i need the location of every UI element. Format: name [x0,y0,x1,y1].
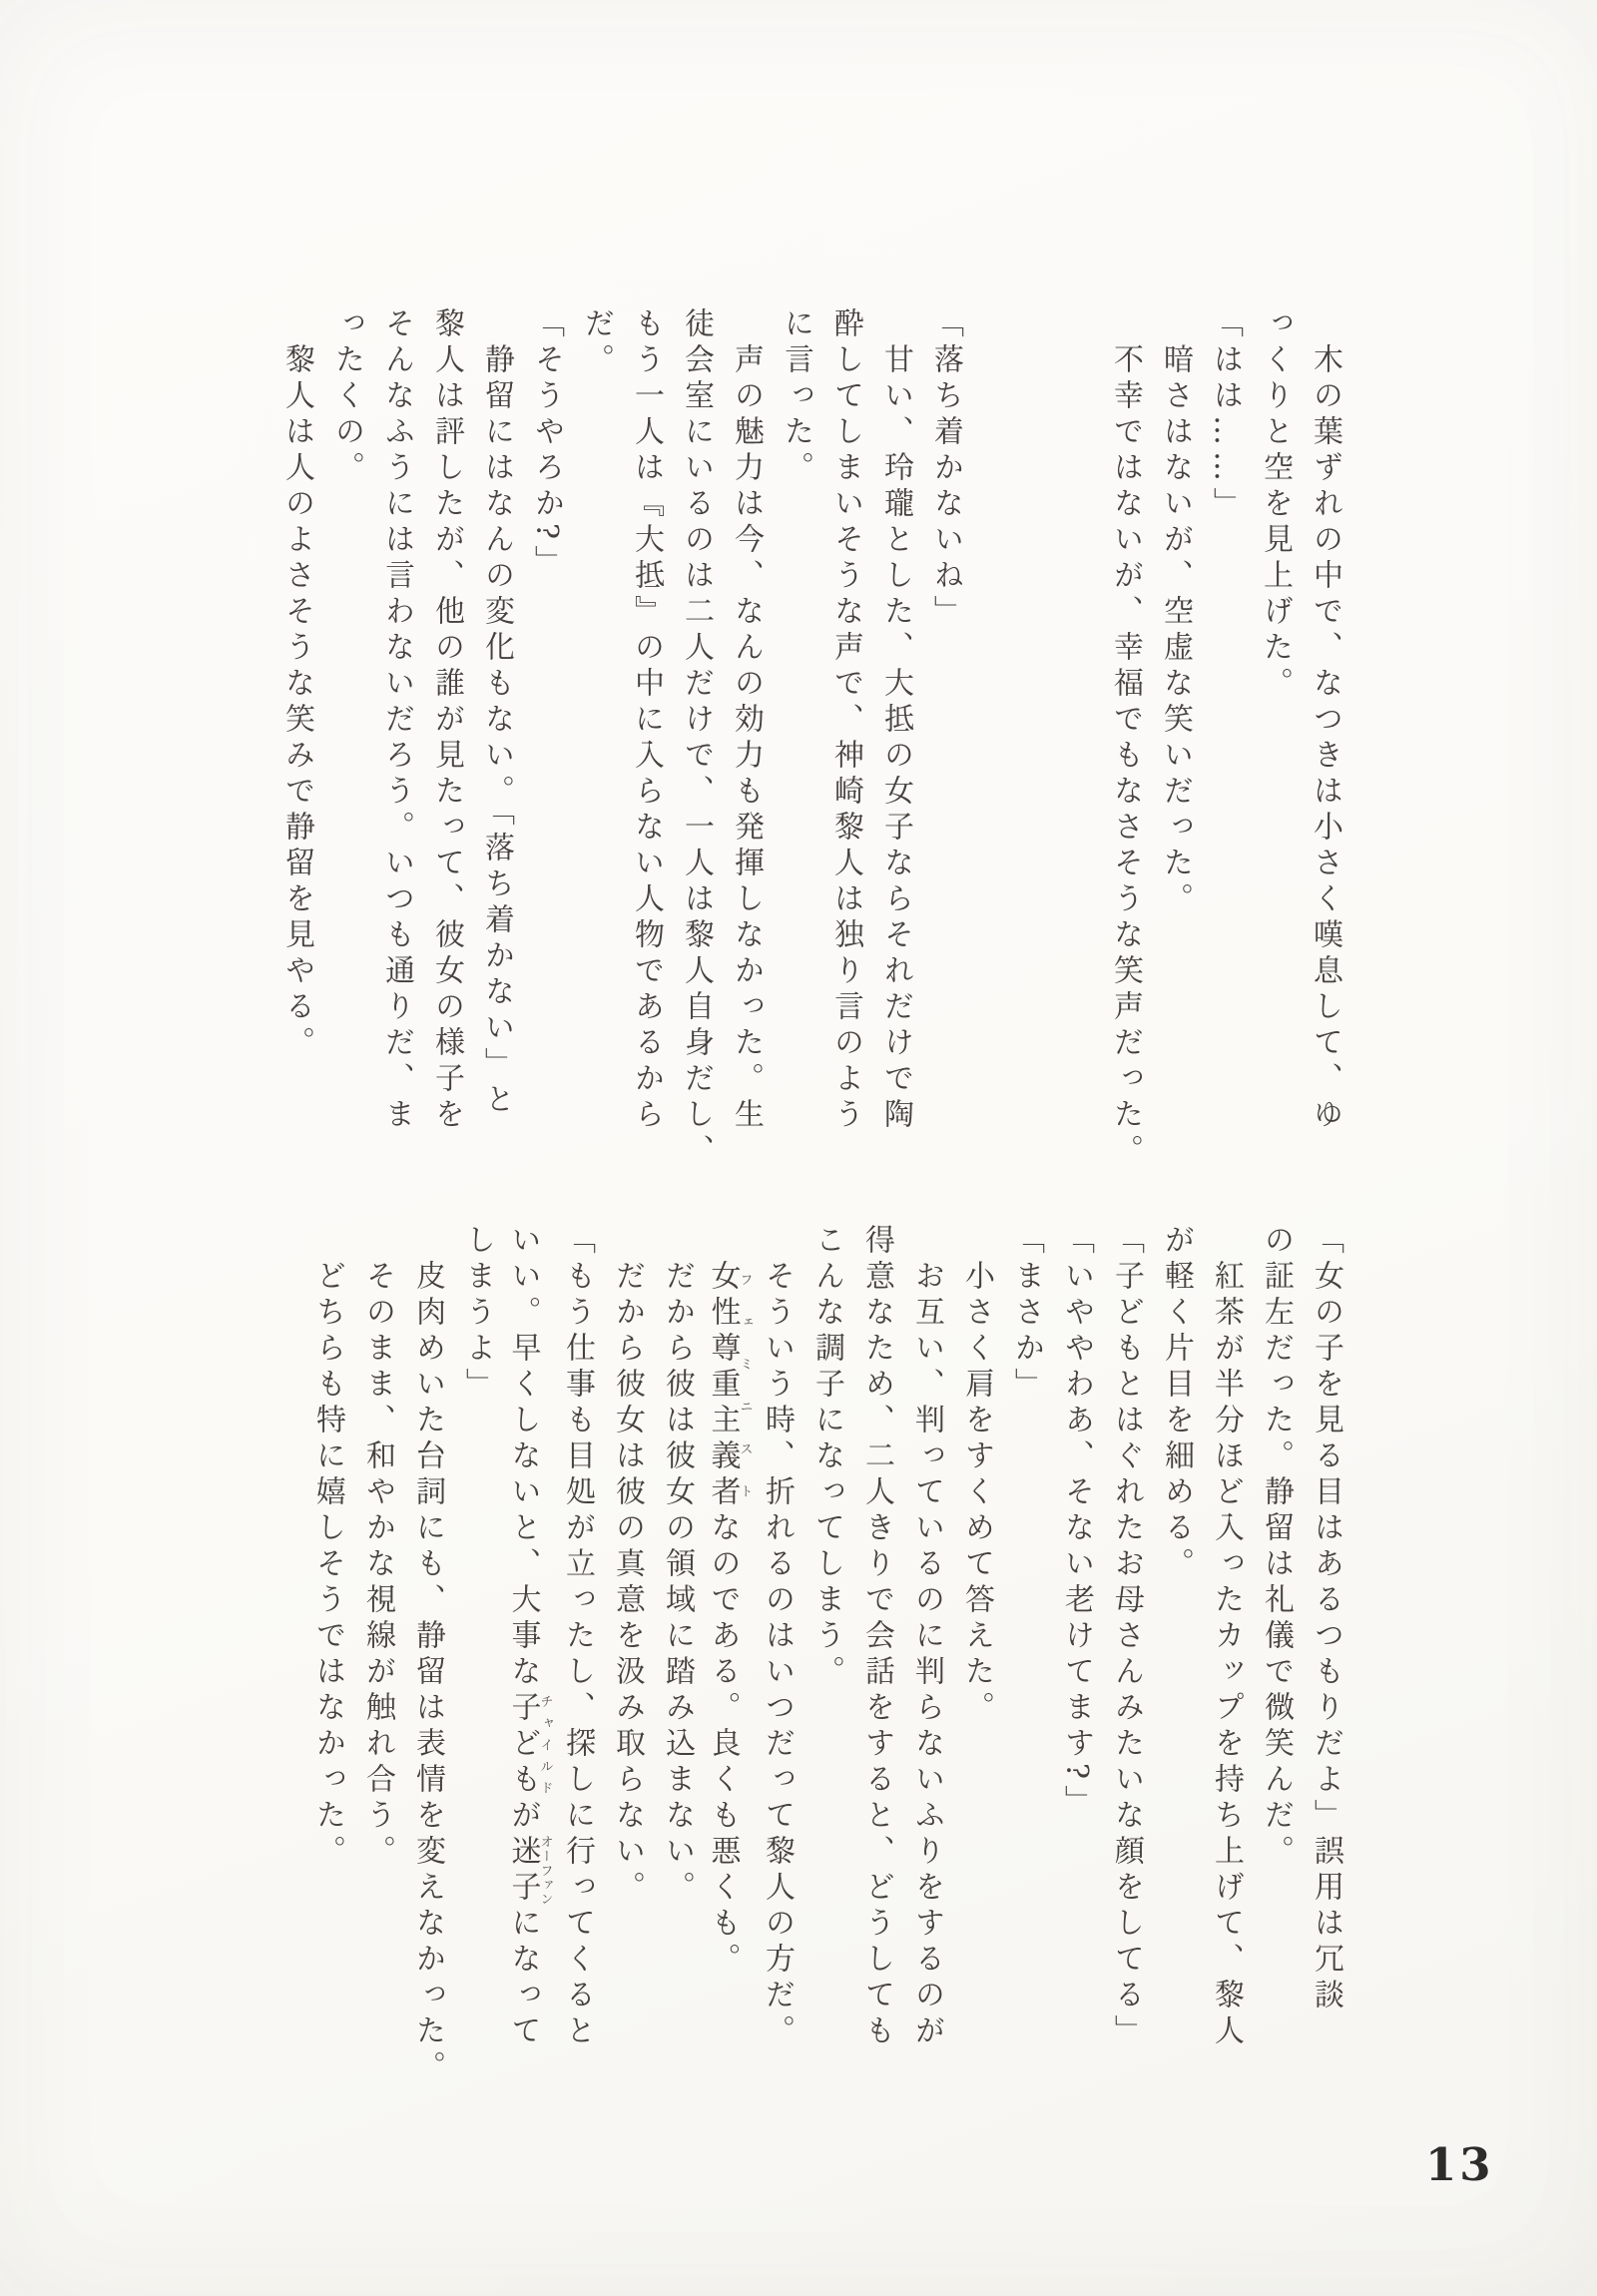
text-column: 女性尊重主義者フェミニストなのである。良くも悪くも。 [702,1224,752,2102]
text-column: 酔してしまいそうな声で、神崎黎人は独り言のよう [820,307,870,1172]
text-column: が軽く片目を細める。 [1151,1224,1201,2102]
text-column: 小さく肩をすくめて答えた。 [951,1224,1001,2102]
text-column: 徒会室にいるのは二人だけで、一人は黎人自身だし、 [671,307,721,1172]
bottom-text-block: 「女の子を見る目はあるつもりだよ」誤用は冗談の証左だった。静留は礼儀で微笑んだ。… [296,1224,1350,2102]
text-column: 「落ち着かないね」 [920,307,970,1172]
text-column: 「いややわあ、そない老けてます?」 [1051,1224,1101,2102]
text-column: に言った。 [771,307,820,1172]
text-column: 声の魅力は今、なんの効力も発揮しなかった。生 [721,307,771,1172]
page-number: 13 [1425,2138,1494,2191]
text-column: だから彼女は彼の真意を汲み取らない。 [602,1224,652,2102]
text-column: 「そうやろか?」 [521,307,571,1172]
text-column: お互い、判っているのに判らないふりをするのが [901,1224,951,2102]
top-text-block: 木の葉ずれの中で、なつきは小さく嘆息して、ゆっくりと空を見上げた。「はは……」 … [271,307,1349,1172]
text-column: の証左だった。静留は礼儀で微笑んだ。 [1251,1224,1301,2102]
text-column: 「もう仕事も目処が立ったし、探しに行ってくると [552,1224,602,2102]
text-column: どちらも特に嬉しそうではなかった。 [302,1224,352,2102]
text-column: もう一人は『大抵』の中に入らない人物であるから [621,307,671,1172]
text-column: いい。早くしないと、大事な子どもチャイルドが迷子オーファンになって [502,1224,552,2102]
text-column: 暗さはないが、空虚な笑いだった。 [1150,307,1200,1172]
text-column: 「子どもとはぐれたお母さんみたいな顔をしてる」 [1101,1224,1151,2102]
text-column: 得意なため、二人きりで会話をすると、どうしても [851,1224,901,2102]
scene-break-spacer [970,307,1100,1172]
text-column: そういう時、折れるのはいつだって黎人の方だ。 [752,1224,801,2102]
text-column: だから彼は彼女の領域に踏み込まない。 [652,1224,702,2102]
text-column: 「はは……」 [1200,307,1250,1172]
ruby-annotated-text: 女性尊重主義者フェミニスト [706,1260,741,1511]
text-column: しまうよ」 [452,1224,502,2102]
text-column: そんなふうには言わないだろう。いつも通りだ、ま [371,307,421,1172]
text-column: 木の葉ずれの中で、なつきは小さく嘆息して、ゆ [1300,307,1349,1172]
text-column: 黎人は人のよさそうな笑みで静留を見やる。 [271,307,321,1172]
text-column: 静留にはなんの変化もない。「落ち着かない」と [471,307,521,1172]
text-column: 不幸ではないが、幸福でもなさそうな笑声だった。 [1100,307,1150,1172]
text-column: 甘い、玲瓏とした、大抵の女子ならそれだけで陶 [870,307,920,1172]
text-column: 黎人は評したが、他の誰が見たって、彼女の様子を [421,307,471,1172]
text-column: 紅茶が半分ほど入ったカップを持ち上げて、黎人 [1201,1224,1251,2102]
text-column: 「女の子を見る目はあるつもりだよ」誤用は冗談 [1301,1224,1350,2102]
text-column: 「まさか」 [1001,1224,1051,2102]
ruby-annotated-text: 子どもチャイルド [506,1691,541,1799]
furigana: オーファン [538,1835,553,1907]
text-column: こんな調子になってしまう。 [801,1224,851,2102]
text-column: 皮肉めいた台詞にも、静留は表情を変えなかった。 [402,1224,452,2102]
ruby-annotated-text: 迷子オーファン [506,1835,541,1907]
text-column: っくりと空を見上げた。 [1250,307,1300,1172]
text-column: ったくの。 [321,307,371,1172]
furigana: チャイルド [538,1691,553,1799]
furigana: フェミニスト [738,1260,753,1511]
text-column: そのまま、和やかな視線が触れ合う。 [352,1224,402,2102]
text-column: だ。 [571,307,621,1172]
